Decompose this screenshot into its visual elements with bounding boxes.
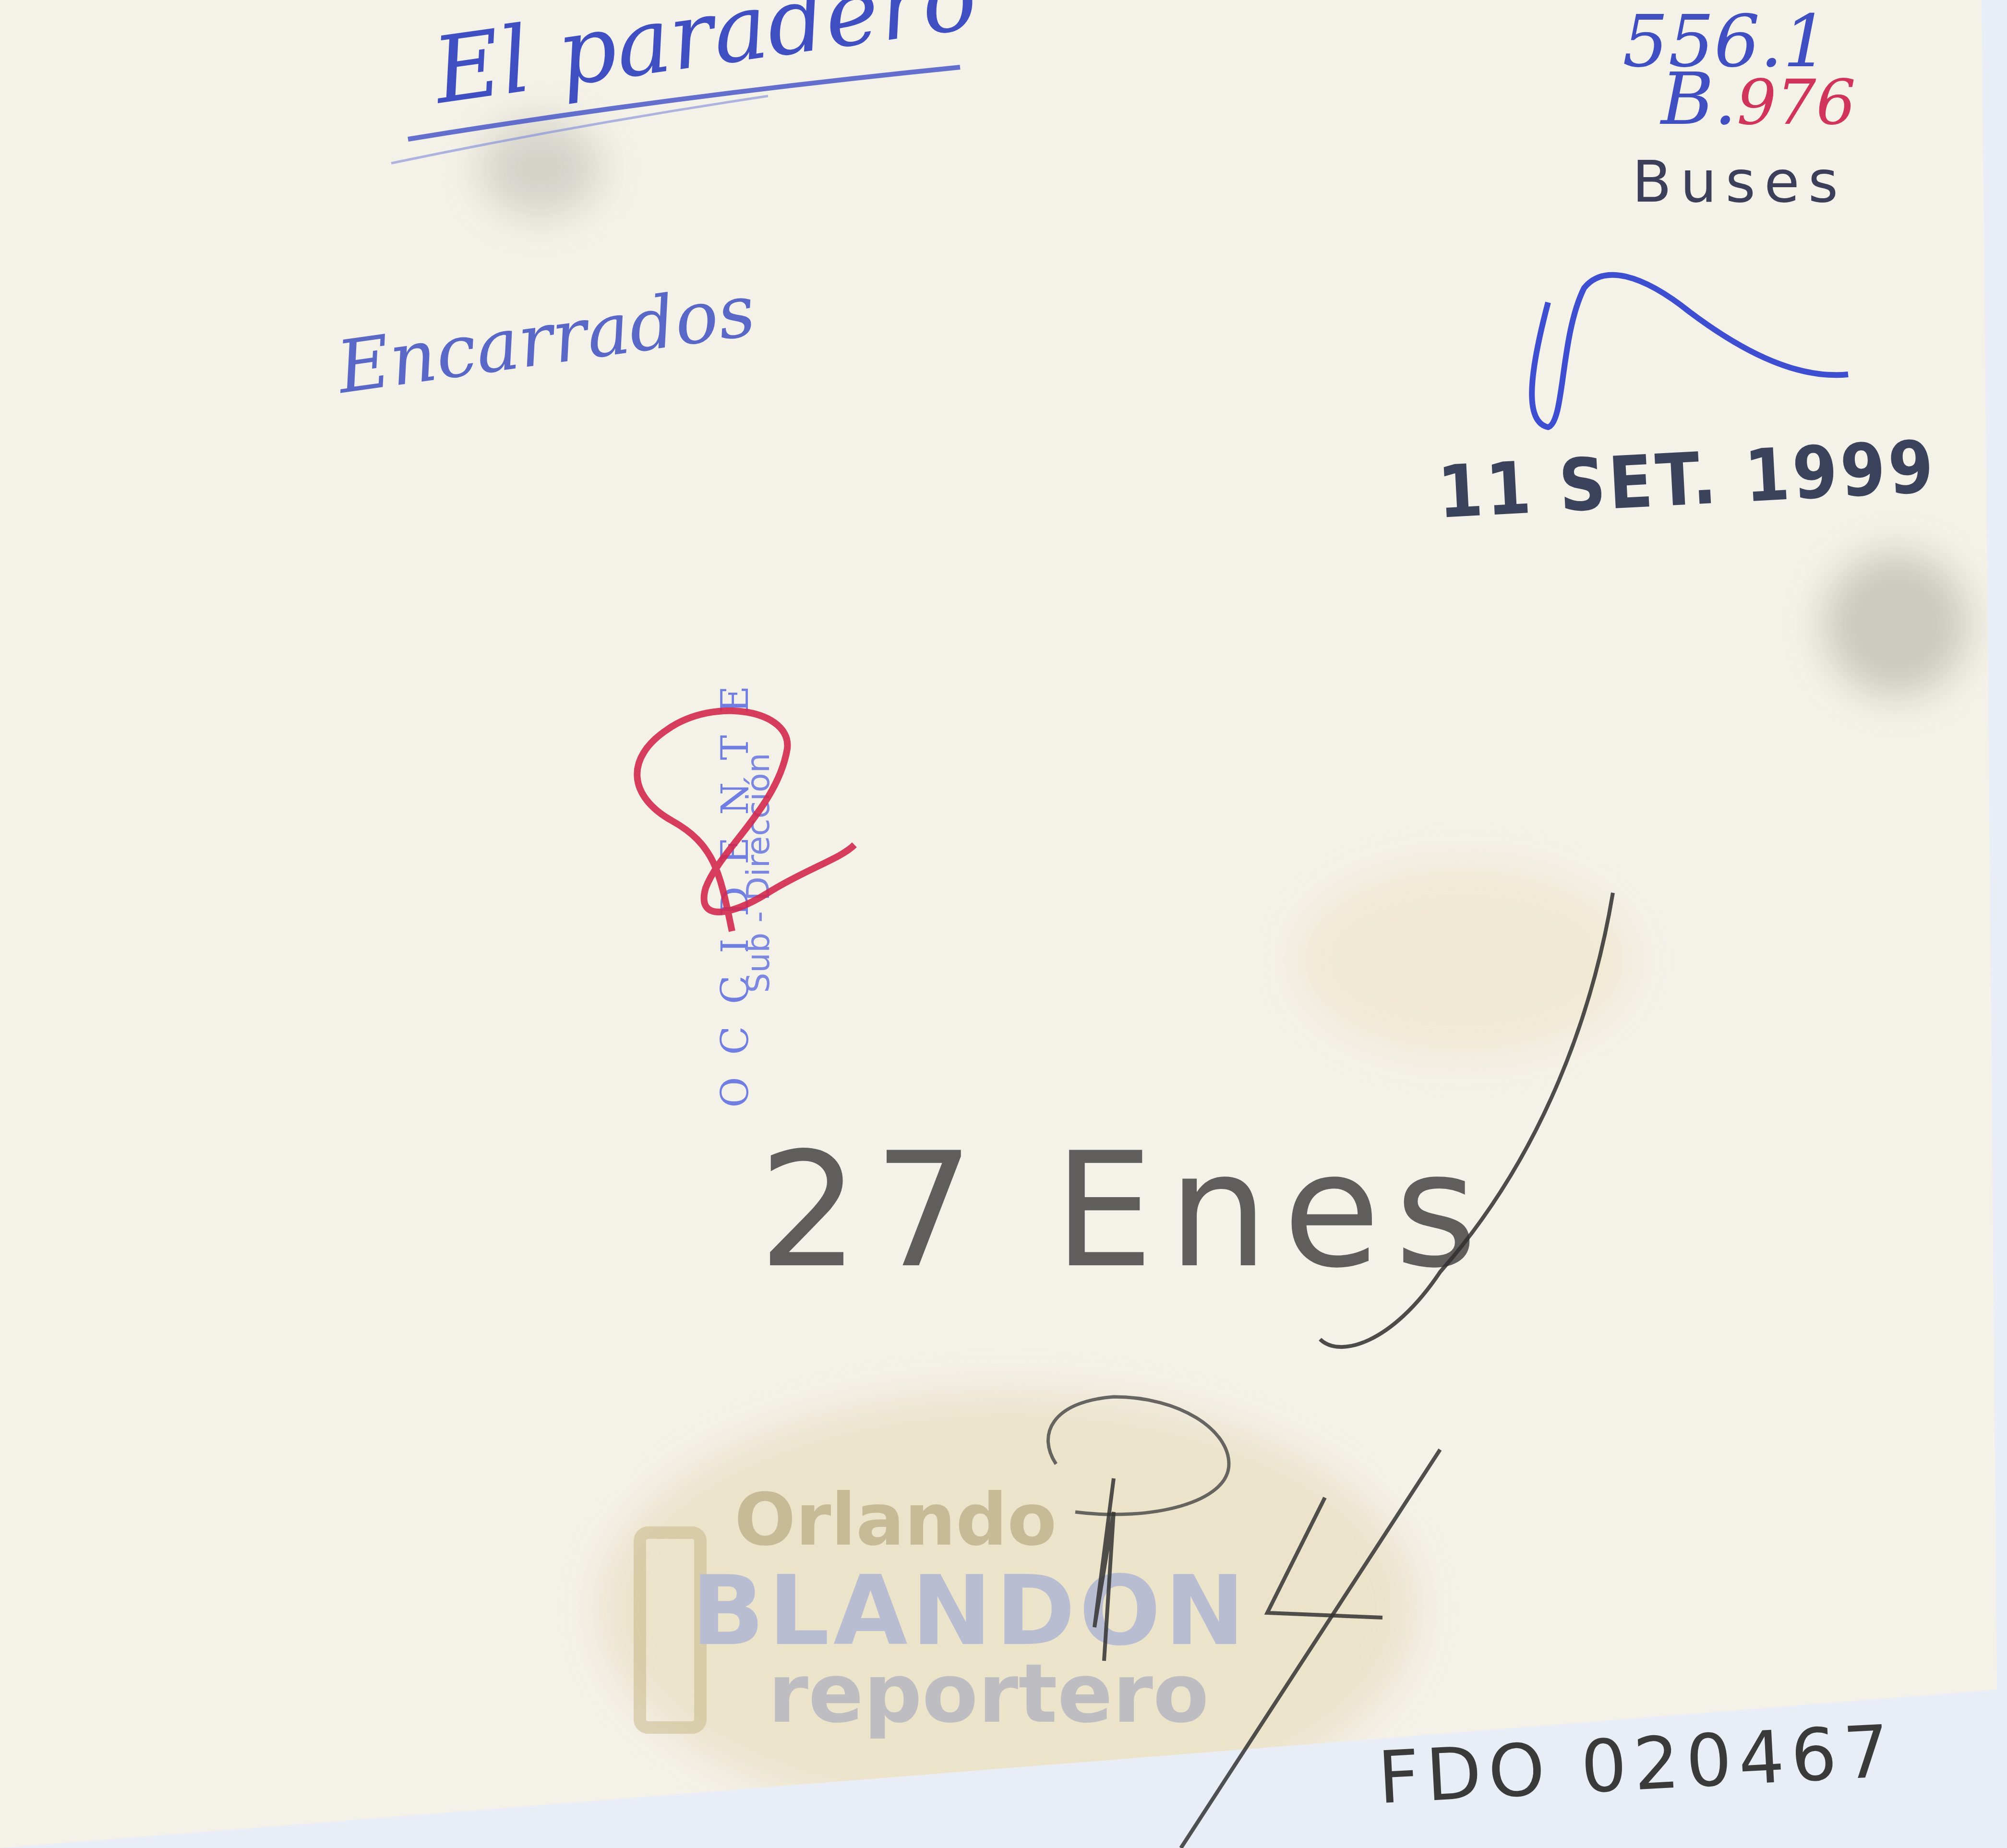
check-mark-squiggle [1532,275,1848,427]
pencil-stroke [1181,1450,1440,1848]
red-mark [637,711,854,931]
pencil-slash [1320,893,1613,1347]
underline-stroke [391,96,768,163]
underline-stroke [408,67,960,139]
pencil-stroke [1267,1498,1382,1618]
pencil-stroke [1094,1478,1114,1661]
ink-strokes [0,0,2007,1848]
pencil-loop [1048,1397,1229,1514]
